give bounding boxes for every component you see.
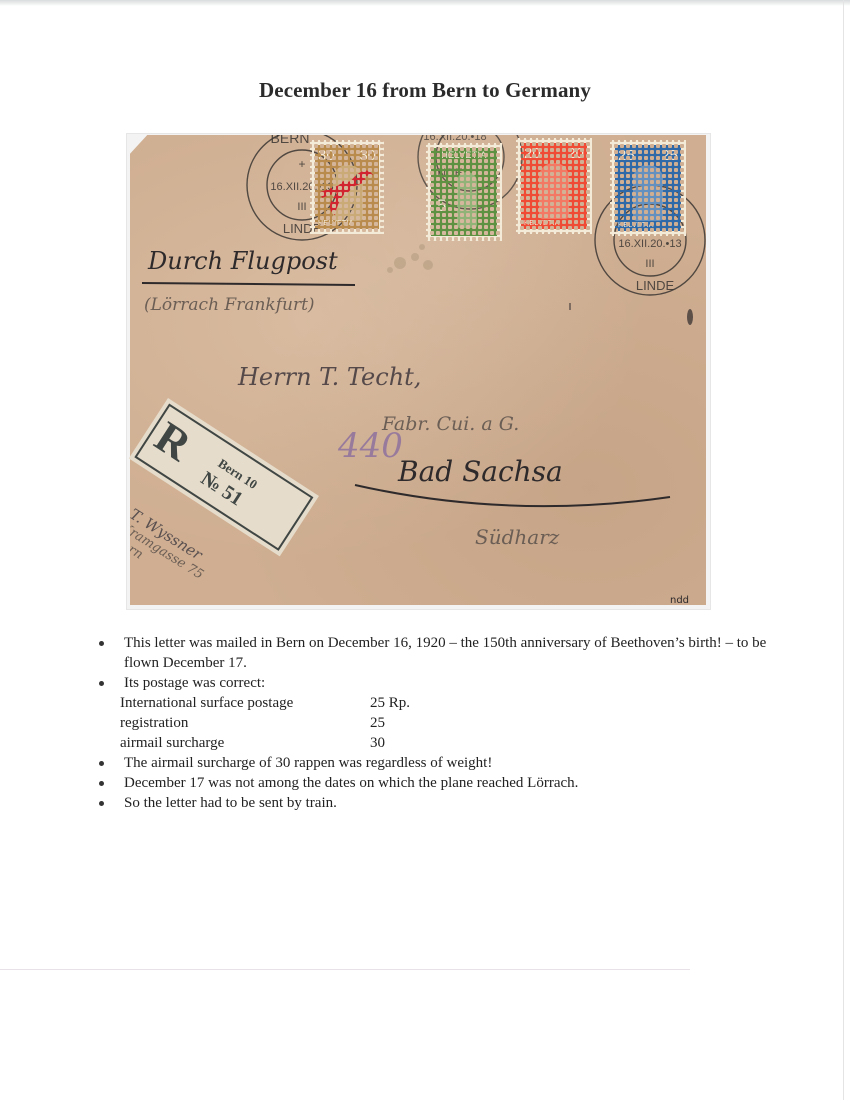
- postage-row: International surface postage 25 Rp.: [120, 693, 776, 713]
- svg-text:LINDE: LINDE: [636, 278, 675, 293]
- svg-text:III: III: [645, 258, 654, 270]
- stamp-30-airmail: 30 30 HELVETIA: [310, 140, 384, 234]
- scan-artifact-line: [0, 969, 690, 970]
- postmark-3-date: 16.XII.20.•13: [618, 238, 681, 250]
- handwritten-route: (Lörrach Frankfurt): [144, 295, 315, 315]
- stamp-5: HELVETIA 5: [426, 143, 502, 241]
- handwritten-routing: Durch Flugpost: [148, 247, 338, 275]
- recipient-line-2: Fabr. Cui. a G.: [382, 413, 519, 435]
- note-flight-dates: December 17 was not among the dates on w…: [96, 773, 776, 793]
- scan-edge-right: [843, 0, 844, 1100]
- airmail-propeller-overprint-icon: [315, 145, 379, 229]
- note-postage: Its postage was correct:: [96, 673, 776, 693]
- postmark-2-date: 16.XII.20.•18: [423, 135, 486, 143]
- registration-letter: R: [146, 411, 200, 471]
- stamp-20: 20 20 HELVETIA: [516, 138, 592, 234]
- page-title: December 16 from Bern to Germany: [0, 78, 850, 103]
- notes-list: This letter was mailed in Bern on Decemb…: [96, 633, 776, 813]
- svg-text:+: +: [298, 157, 305, 171]
- note-surcharge: The airmail surcharge of 30 rappen was r…: [96, 753, 776, 773]
- svg-text:BERN: BERN: [271, 135, 310, 146]
- postage-row: airmail surcharge 30: [120, 733, 776, 753]
- note-train: So the letter had to be sent by train.: [96, 793, 776, 813]
- envelope-image: 16.XII.20.•13 III LINDE BERN + 16.XII.20…: [130, 135, 706, 605]
- note-mailing-date: This letter was mailed in Bern on Decemb…: [96, 633, 776, 673]
- corner-mark: ndd: [670, 595, 689, 605]
- svg-text:III: III: [297, 201, 306, 213]
- postage-row: registration 25: [120, 713, 776, 733]
- postage-breakdown: International surface postage 25 Rp. reg…: [120, 693, 776, 753]
- stamp-25: 25 25 HELVETIA: [610, 140, 686, 236]
- scan-edge-top: [0, 0, 850, 6]
- recipient-region: Südharz: [475, 525, 559, 549]
- recipient-line-1: Herrn T. Techt,: [238, 363, 421, 391]
- recipient-city: Bad Sachsa: [398, 455, 563, 488]
